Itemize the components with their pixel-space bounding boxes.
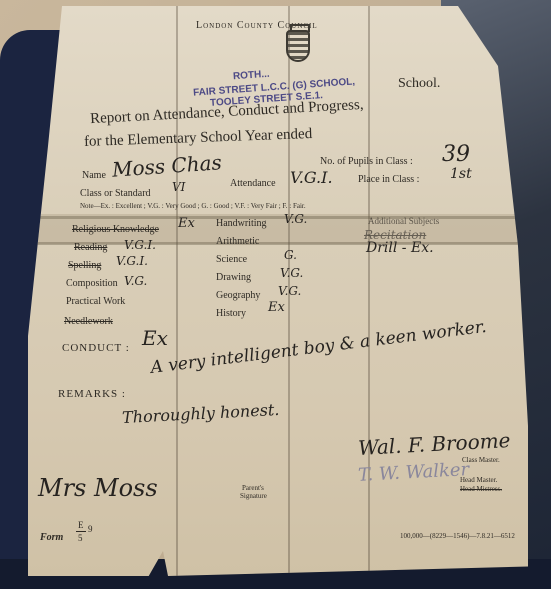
council-crest-icon [286,30,310,62]
crease-line [28,216,528,219]
grading-note: Note—Ex. : Excellent ; V.G. : Very Good … [80,202,306,210]
grade-geography: V.G. [278,284,301,298]
form-label: Form [40,532,63,543]
grade-composition: V.G. [124,274,147,288]
head-master-label: Head Master. [460,476,497,484]
parent-signature-label-2: Signature [240,492,267,500]
grade-reading: V.G.I. [124,238,156,252]
form-fraction-bar [76,531,86,532]
subject-religious-knowledge: Religious Knowledge [72,224,159,235]
subject-practical-work: Practical Work [66,296,125,307]
class-value: VI [172,180,185,194]
additional-subject-drill: Drill - Ex. [366,240,434,256]
place-in-class-label: Place in Class : [358,174,419,185]
form-suffix: 9 [88,524,93,534]
parent-signature-label-1: Parent's [242,484,264,492]
head-master-signature: T. W. Walker [358,459,470,486]
subject-composition: Composition [66,278,118,289]
grade-handwriting: V.G. [284,212,307,226]
grade-science: G. [284,248,297,262]
subject-handwriting: Handwriting [216,218,267,229]
form-denominator: 5 [78,533,83,543]
parent-signature: Mrs Moss [38,474,158,502]
conduct-value: Ex [142,326,168,350]
subject-reading: Reading [74,242,107,253]
grade-history: Ex [268,300,285,315]
conduct-label: CONDUCT : [62,342,130,354]
subject-needlework: Needlework [64,316,113,327]
attendance-value: V.G.I. [290,168,333,187]
head-mistress-label: Head Mistress. [460,485,502,493]
grade-spelling: V.G.I. [116,254,148,268]
print-code: 100,000—(8229—1546)—7.8.21—6512 [400,532,515,540]
additional-subjects-label: Additional Subjects [368,216,439,226]
subject-arithmetic: Arithmetic [216,236,259,247]
pupils-in-class-value: 39 [442,142,470,167]
remarks-label: REMARKS : [58,388,126,400]
grade-religious-knowledge: Ex [178,216,195,231]
report-title-line2: for the Elementary School Year ended [84,126,313,151]
pupils-in-class-label: No. of Pupils in Class : [320,156,413,167]
school-stamp-line1: ROTH... [233,69,270,83]
place-in-class-value: 1st [450,166,472,182]
subject-spelling: Spelling [68,260,101,271]
name-value: Moss Chas [111,150,222,182]
grade-drawing: V.G. [280,266,303,280]
attendance-label: Attendance [230,178,276,189]
fold-line [176,6,178,576]
subject-history: History [216,308,246,319]
school-suffix: School. [398,76,440,92]
form-numerator: E [78,520,84,530]
subject-drawing: Drawing [216,272,251,283]
remarks-line1: A very intelligent boy & a keen worker. [150,317,488,378]
school-report-document: London County Council ROTH... FAIR STREE… [28,6,528,576]
fold-line [368,6,370,576]
remarks-line2: Thoroughly honest. [122,400,280,427]
name-label: Name [82,170,106,181]
class-label: Class or Standard [80,188,151,199]
subject-geography: Geography [216,290,260,301]
subject-science: Science [216,254,247,265]
